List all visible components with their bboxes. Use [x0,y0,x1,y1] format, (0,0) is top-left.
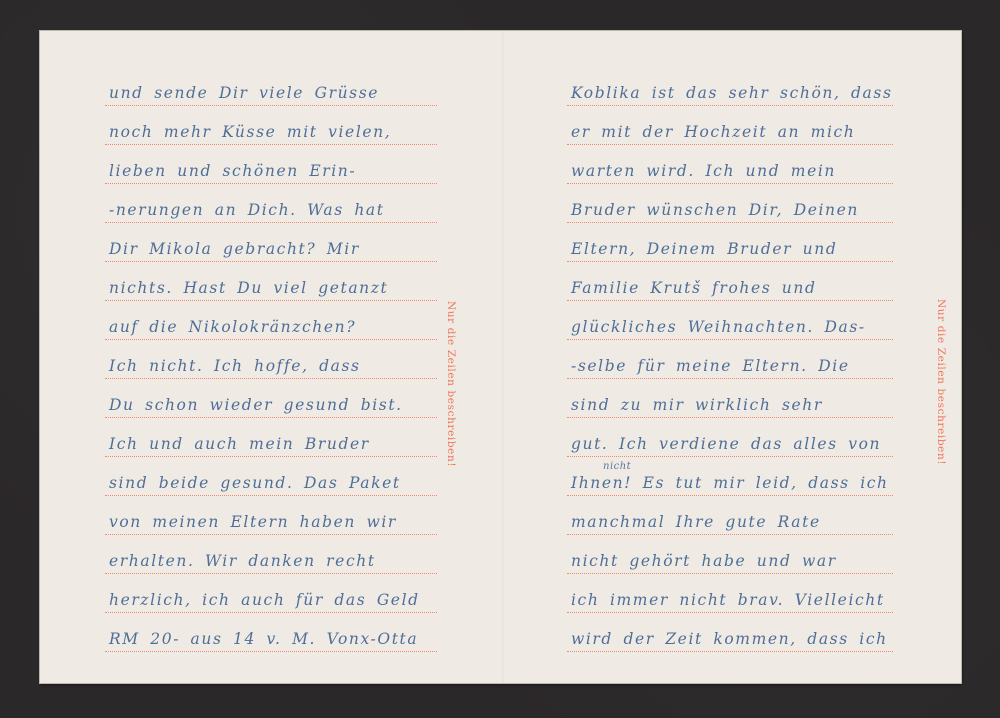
interlinear-insertion: nicht [603,461,631,472]
handwritten-line: glückliches Weihnachten. Das- [571,318,893,336]
handwritten-line: manchmal Ihre gute Rate [571,513,893,531]
handwritten-line: Dir Mikola gebracht? Mir [109,240,437,258]
ruled-line: sind beide gesund. Das Paket [105,457,437,496]
handwritten-line: nicht gehört habe und war [571,552,893,570]
ruled-line: noch mehr Küsse mit vielen, [105,106,437,145]
ruled-line: gut. Ich verdiene das alles von [567,418,893,457]
ruled-line: wird der Zeit kommen, dass ich [567,613,893,652]
ruled-line: Eltern, Deinem Bruder und [567,223,893,262]
ruled-line: Dir Mikola gebracht? Mir [105,223,437,262]
ruled-line: nicht Ihnen! Es tut mir leid, dass ich [567,457,893,496]
ruled-line: Koblika ist das sehr schön, dass [567,67,893,106]
ruled-line: nicht gehört habe und war [567,535,893,574]
ruled-line: herzlich, ich auch für das Geld [105,574,437,613]
ruled-line: glückliches Weihnachten. Das- [567,301,893,340]
ruled-line: Ich und auch mein Bruder [105,418,437,457]
ruled-line: Bruder wünschen Dir, Deinen [567,184,893,223]
handwritten-line: gut. Ich verdiene das alles von [571,435,893,453]
handwritten-line: Ich nicht. Ich hoffe, dass [109,357,437,375]
ruled-line: von meinen Eltern haben wir [105,496,437,535]
ruled-line: und sende Dir viele Grüsse [105,67,437,106]
right-ruled-lines: Koblika ist das sehr schön, dass er mit … [567,67,893,652]
handwritten-line: Koblika ist das sehr schön, dass [571,84,893,102]
ruled-line: nichts. Hast Du viel getanzt [105,262,437,301]
ruled-line: -nerungen an Dich. Was hat [105,184,437,223]
handwritten-line: von meinen Eltern haben wir [109,513,437,531]
ruled-line: Ich nicht. Ich hoffe, dass [105,340,437,379]
ruled-line: -selbe für meine Eltern. Die [567,340,893,379]
ruled-line: auf die Nikolokränzchen? [105,301,437,340]
handwritten-line: Ich und auch mein Bruder [109,435,437,453]
handwritten-line: herzlich, ich auch für das Geld [109,591,437,609]
handwritten-line: warten wird. Ich und mein [571,162,893,180]
handwritten-line: Ihnen! Es tut mir leid, dass ich [571,474,893,492]
ruled-line: erhalten. Wir danken recht [105,535,437,574]
ruled-line: Du schon wieder gesund bist. [105,379,437,418]
ruled-line: RM 20- aus 14 v. M. Vonx-Otta [105,613,437,652]
handwritten-line: RM 20- aus 14 v. M. Vonx-Otta [109,630,437,648]
ruled-line: lieben und schönen Erin- [105,145,437,184]
handwritten-line: noch mehr Küsse mit vielen, [109,123,437,141]
ruled-line: manchmal Ihre gute Rate [567,496,893,535]
handwritten-line: Familie Krutš frohes und [571,279,893,297]
handwritten-line: nichts. Hast Du viel getanzt [109,279,437,297]
ruled-line: Familie Krutš frohes und [567,262,893,301]
handwritten-line: ich immer nicht brav. Vielleicht [571,591,893,609]
handwritten-line: Du schon wieder gesund bist. [109,396,437,414]
handwritten-line: -nerungen an Dich. Was hat [109,201,437,219]
handwritten-line: wird der Zeit kommen, dass ich [571,630,893,648]
right-page: Koblika ist das sehr schön, dass er mit … [504,31,961,683]
handwritten-line: -selbe für meine Eltern. Die [571,357,893,375]
ruled-line: warten wird. Ich und mein [567,145,893,184]
left-page: und sende Dir viele Grüsse noch mehr Küs… [40,31,502,683]
left-ruled-lines: und sende Dir viele Grüsse noch mehr Küs… [105,67,437,652]
ruled-line: sind zu mir wirklich sehr [567,379,893,418]
margin-instruction: Nur die Zeilen beschreiben! [445,301,457,467]
ruled-line: ich immer nicht brav. Vielleicht [567,574,893,613]
handwritten-line: sind beide gesund. Das Paket [109,474,437,492]
handwritten-line: auf die Nikolokränzchen? [109,318,437,336]
ruled-line: er mit der Hochzeit an mich [567,106,893,145]
handwritten-line: erhalten. Wir danken recht [109,552,437,570]
margin-instruction: Nur die Zeilen beschreiben! [935,299,947,465]
handwritten-line: Bruder wünschen Dir, Deinen [571,201,893,219]
handwritten-line: und sende Dir viele Grüsse [109,84,437,102]
letter-sheet: und sende Dir viele Grüsse noch mehr Küs… [40,31,961,683]
handwritten-line: er mit der Hochzeit an mich [571,123,893,141]
handwritten-line: sind zu mir wirklich sehr [571,396,893,414]
handwritten-line: lieben und schönen Erin- [109,162,437,180]
handwritten-line: Eltern, Deinem Bruder und [571,240,893,258]
